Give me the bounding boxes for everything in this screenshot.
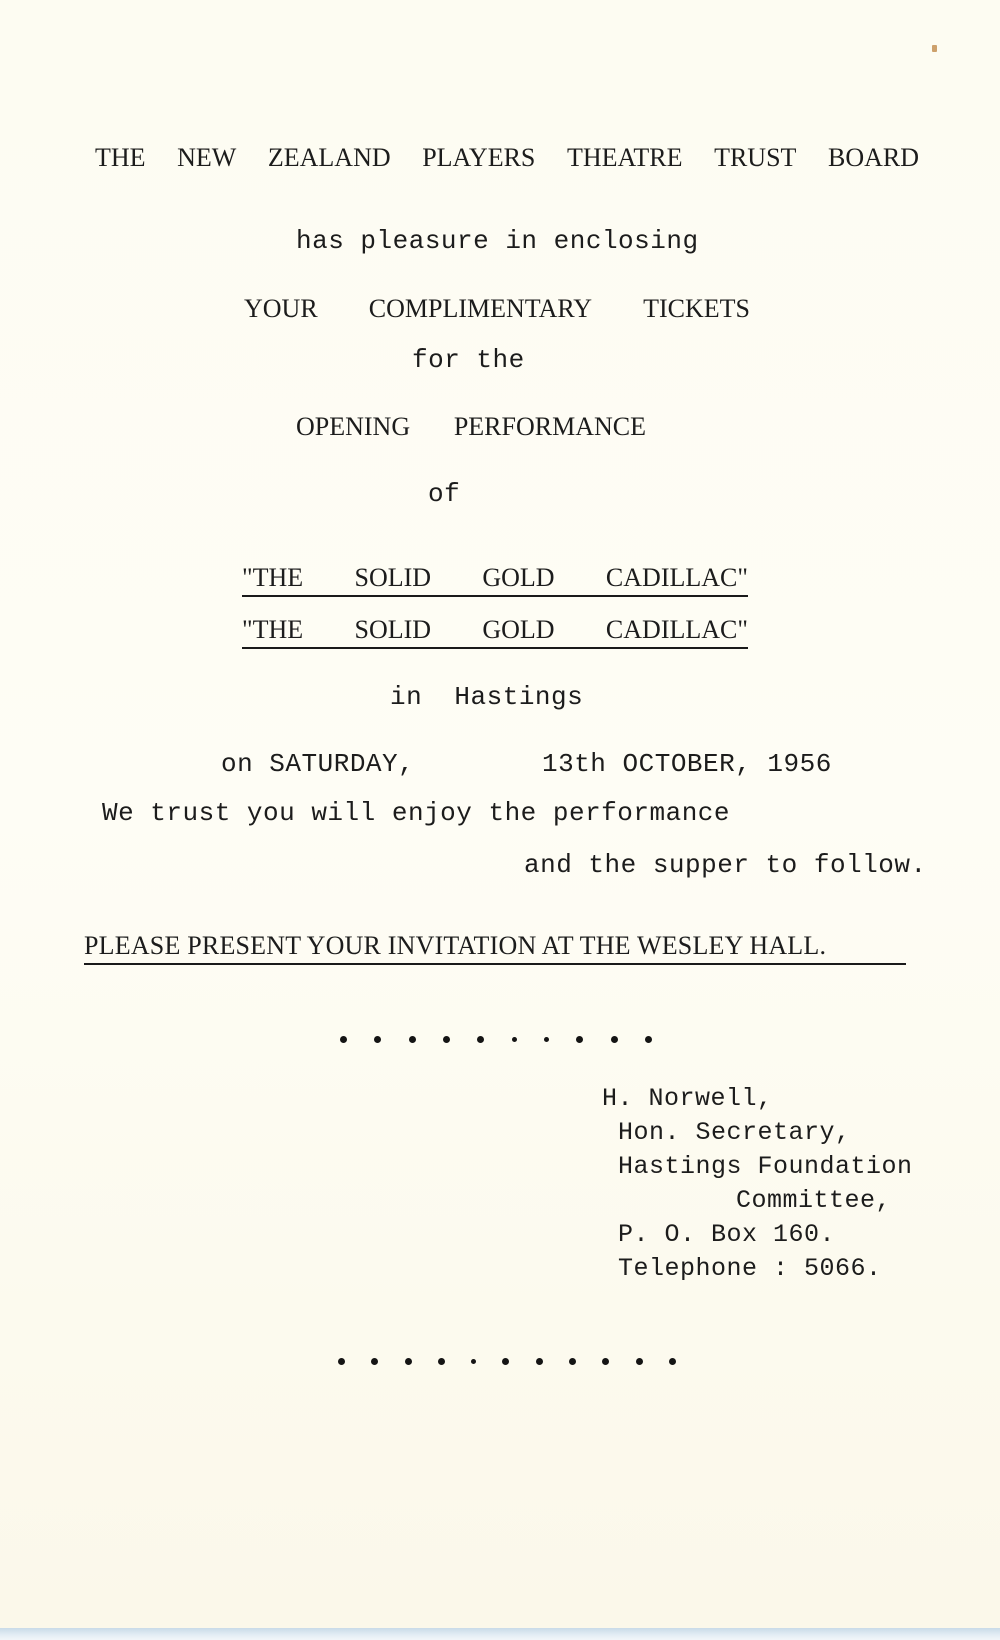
dot — [409, 1036, 416, 1043]
play-title-line: "THE SOLID GOLD CADILLAC" — [242, 563, 748, 597]
play-title-word: SOLID — [354, 615, 431, 645]
dot — [502, 1358, 509, 1365]
dot — [374, 1036, 381, 1043]
play-title-word: GOLD — [482, 615, 554, 645]
paper-speck — [932, 45, 937, 52]
heading-word: TRUST — [714, 143, 796, 173]
heading-word: BOARD — [828, 143, 919, 173]
pleasure-line: has pleasure in enclosing — [296, 226, 699, 256]
play-title-word: GOLD — [482, 563, 554, 593]
signature-name: H. Norwell, — [602, 1084, 773, 1114]
dot — [477, 1036, 484, 1043]
performance-word: PERFORMANCE — [454, 412, 646, 442]
heading-word: PLAYERS — [422, 143, 535, 173]
performance-word: OPENING — [296, 412, 410, 442]
dot — [438, 1358, 445, 1365]
play-title-word: SOLID — [354, 563, 431, 593]
signature-title: Hon. Secretary, — [618, 1118, 851, 1148]
dot — [544, 1037, 549, 1042]
separator-dots-top — [340, 1036, 652, 1043]
dot — [636, 1358, 643, 1365]
dot — [512, 1037, 517, 1042]
dot — [405, 1358, 412, 1365]
dot — [471, 1359, 476, 1364]
dot — [645, 1036, 652, 1043]
heading-word: NEW — [177, 143, 236, 173]
trust-line: We trust you will enjoy the performance — [102, 798, 730, 828]
date-full: 13th OCTOBER, 1956 — [542, 749, 832, 779]
scan-bottom-edge — [0, 1628, 1000, 1640]
dot — [536, 1358, 543, 1365]
dot — [443, 1036, 450, 1043]
board-heading: THE NEW ZEALAND PLAYERS THEATRE TRUST BO… — [95, 143, 919, 173]
dot — [602, 1358, 609, 1365]
heading-word: THEATRE — [567, 143, 683, 173]
play-title-word: "THE — [242, 615, 303, 645]
dot — [611, 1036, 618, 1043]
dot — [576, 1036, 583, 1043]
location-line: in Hastings — [390, 682, 583, 712]
play-title-word: "THE — [242, 563, 303, 593]
for-the-line: for the — [412, 345, 525, 375]
separator-dots-bottom — [338, 1358, 676, 1365]
dot — [338, 1358, 345, 1365]
tickets-word: COMPLIMENTARY — [369, 294, 592, 324]
date-day: on SATURDAY, — [221, 749, 414, 779]
dot — [669, 1358, 676, 1365]
dot — [371, 1358, 378, 1365]
play-title-word: CADILLAC" — [606, 615, 748, 645]
paper-page: THE NEW ZEALAND PLAYERS THEATRE TRUST BO… — [0, 0, 1000, 1628]
signature-org-line2: Committee, — [736, 1186, 891, 1216]
signature-po-box: P. O. Box 160. — [618, 1220, 835, 1250]
invitation-notice: PLEASE PRESENT YOUR INVITATION AT THE WE… — [84, 931, 906, 965]
tickets-word: TICKETS — [643, 294, 750, 324]
dot — [340, 1036, 347, 1043]
performance-line: OPENING PERFORMANCE — [296, 412, 646, 442]
signature-telephone: Telephone : 5066. — [618, 1254, 882, 1284]
dot — [569, 1358, 576, 1365]
supper-line: and the supper to follow. — [524, 850, 927, 880]
play-title-line: "THE SOLID GOLD CADILLAC" — [242, 615, 748, 649]
tickets-line: YOUR COMPLIMENTARY TICKETS — [244, 294, 750, 324]
heading-word: ZEALAND — [268, 143, 391, 173]
heading-word: THE — [95, 143, 146, 173]
of-line: of — [428, 479, 460, 509]
play-title-word: CADILLAC" — [606, 563, 748, 593]
tickets-word: YOUR — [244, 294, 318, 324]
signature-org-line1: Hastings Foundation — [618, 1152, 913, 1182]
